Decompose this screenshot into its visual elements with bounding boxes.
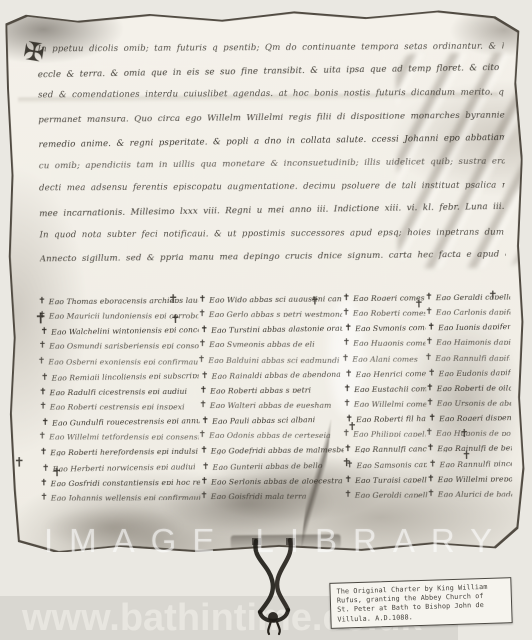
witness-entry: Ego Geroldi capellani: [355, 490, 427, 497]
witness-row: ✝Ego Wido abbas sci augustini cantuarie: [199, 286, 343, 303]
witness-row: ✝Ego Rainaldi abbas de abendona: [201, 361, 344, 379]
witness-cross-icon: ✝: [342, 353, 349, 361]
margin-cross-icon: ✝: [414, 297, 423, 310]
margin-cross-icon: ✝: [347, 420, 356, 433]
witness-entry: Ego Henrici comes: [356, 369, 427, 378]
witness-cross-icon: ✝: [427, 444, 435, 452]
witness-row: ✝Ego Rannulfi dapiferi: [425, 345, 510, 360]
witness-row: ✝Ego Henrici comes: [345, 361, 427, 378]
witness-row: ✝Ego Geroldi capellani: [345, 483, 428, 498]
witness-cross-icon: ✝: [425, 307, 433, 315]
witness-cross-icon: ✝: [427, 489, 435, 497]
witness-row: ✝Ego Gunterii abbas de bello: [202, 452, 344, 470]
witness-cross-icon: ✝: [199, 309, 207, 317]
margin-cross-icon: ✝: [52, 465, 62, 479]
witness-cross-icon: ✝: [344, 445, 352, 453]
witness-row: ✝Ego Radulfi cicestrensis epi audiui: [39, 379, 200, 396]
margin-cross-icon: ✝: [168, 292, 178, 306]
witness-cross-icon: ✝: [199, 339, 207, 347]
witness-entry: Ego Hugonis de porta: [436, 429, 510, 436]
witness-cross-icon: ✝: [344, 475, 352, 483]
witness-entry: Ego Willelmi tetfordensis epi consensi: [49, 433, 199, 440]
witness-row: ✝Ego Osmundi sarisberiensis epi consolid…: [39, 334, 199, 349]
witness-row: ✝Ego Pauli abbas sci albani: [202, 407, 345, 425]
witness-cross-icon: ✝: [38, 356, 45, 364]
witness-row: ✝Ego Haimonis dapiferi: [426, 330, 511, 345]
witness-cross-icon: ✝: [39, 341, 47, 349]
image-library-watermark: IMAGE LIBRARY: [44, 522, 508, 560]
witness-row: ✝Ego Walteri abbas de euesham: [200, 393, 344, 408]
witness-entry: Ego Osmundi sarisberiensis epi consolida…: [49, 342, 199, 349]
witness-row: ✝Ego Turgisi capellani: [344, 467, 427, 483]
margin-cross-icon: ✝: [342, 456, 351, 469]
witness-entry: Ego Eudonis dapiferi: [438, 368, 512, 377]
witness-row: ✝Ego Hugonis comes: [343, 331, 426, 346]
witness-entry: Ego Haimonis dapiferi: [436, 338, 510, 345]
witness-row: ✝Ego Rannulfi cancellarii: [344, 437, 427, 453]
caption-label: The Original Charter by King William Ruf…: [329, 577, 512, 629]
witness-cross-icon: ✝: [426, 337, 434, 345]
witness-cross-icon: ✝: [200, 400, 208, 408]
witness-row: ✝Ego Rogeri dispensatoris: [428, 405, 512, 422]
witness-row: ✝Ego Herberti norwicensis epi audiui: [42, 454, 201, 472]
witness-cross-icon: ✝: [202, 462, 210, 470]
witness-row: ✝Ego Willelmi prepositi: [427, 466, 512, 482]
witness-row: ✝Ego Goisfridi mala terra: [201, 484, 345, 499]
witness-row: ✝Ego Symonis comes: [345, 315, 428, 332]
witness-cross-icon: ✝: [199, 355, 206, 363]
witness-cross-icon: ✝: [425, 352, 432, 360]
witness-entry: Ego Johannis wellensis epi confirmaui: [51, 493, 201, 500]
witness-row: ✝Ego Odonis abbas de certeseia: [199, 423, 343, 438]
margin-cross-icon: ✝: [460, 427, 469, 440]
witness-row: ✝Ego Alurici de bada: [427, 482, 512, 497]
witness-cross-icon: ✝: [39, 402, 47, 410]
witness-row: ✝Ego Samsonis capellani: [346, 452, 427, 469]
margin-cross-icon: ✝: [462, 449, 471, 462]
witness-row: ✝Ego Alani comes: [342, 346, 424, 361]
witness-row: ✝Ego Gosfridi constantiensis epi hoc reg…: [40, 469, 201, 486]
witness-row: ✝Ego Gerlo abbas s petri westmonasterii: [199, 302, 343, 317]
witness-cross-icon: ✝: [344, 399, 352, 407]
margin-cross-icon: ✝: [488, 289, 497, 302]
witness-row: ✝Ego Willelmi tetfordensis epi consensi: [39, 425, 199, 440]
witness-entry: Ego Alurici de bada: [438, 490, 512, 497]
witness-signature-block: ✝Ego Thomas eboracensis archieps laudaui…: [38, 284, 512, 501]
witness-entry: Ego Rannulfi pincerne: [439, 458, 512, 467]
margin-cross-icon: ✝: [34, 309, 47, 327]
witness-cross-icon: ✝: [343, 308, 351, 316]
witness-row: ✝Ego Ursonis de abetot: [426, 391, 511, 406]
witness-row: ✝Ego Carlonis dapiferi: [425, 300, 510, 315]
parchment: ✠ In ppetuu dicolis omib; tam futuris q …: [7, 8, 525, 553]
witness-row: ✝Ego Eustachii comes: [343, 376, 426, 392]
witness-entry: Ego Hugonis comes: [354, 339, 426, 346]
witness-row: ✝Ego Balduini abbas sci eadmundi: [199, 348, 343, 363]
margin-cross-icon: ✝: [14, 456, 25, 471]
witness-row: ✝Ego Johannis wellensis epi confirmaui: [40, 485, 200, 500]
witness-row: ✝Ego Iuonis dapiferi: [427, 314, 512, 331]
charter-text-block: In ppetuu dicolis omib; tam futuris q ps…: [37, 35, 505, 272]
witness-row: ✝Ego Gundulfi rouecestrensis epi annui: [41, 408, 200, 426]
witness-cross-icon: ✝: [345, 369, 353, 377]
witness-column-officers: ✝Ego Geraldi capellani ✝Ego Carlonis dap…: [425, 284, 512, 497]
witness-cross-icon: ✝: [429, 459, 437, 467]
witness-cross-icon: ✝: [200, 446, 208, 454]
witness-cross-icon: ✝: [343, 338, 351, 346]
witness-row: ✝Ego Willelmi comes: [344, 392, 427, 407]
witness-column-abbots: ✝Ego Wido abbas sci augustini cantuarie …: [199, 286, 345, 499]
witness-cross-icon: ✝: [42, 463, 50, 471]
witness-cross-icon: ✝: [40, 448, 48, 456]
witness-cross-icon: ✝: [199, 430, 207, 438]
witness-entry: Ego Philippi capellani: [354, 430, 426, 437]
witness-cross-icon: ✝: [427, 474, 435, 482]
witness-entry: Ego Goisfridi mala terra: [211, 492, 307, 499]
witness-cross-icon: ✝: [39, 432, 47, 440]
witness-column-counts: ✝Ego Rogeri comes ✝Ego Roberti comes ✝Eg…: [342, 285, 427, 498]
margin-cross-icon: ✝: [170, 312, 180, 326]
witness-entry: Ego Gunterii abbas de bello: [213, 461, 323, 470]
witness-cross-icon: ✝: [41, 372, 49, 380]
witness-row: ✝Ego Roberti de oilgi: [426, 375, 511, 391]
witness-row: ✝Ego Symeonis abbas de eli: [199, 332, 343, 347]
witness-cross-icon: ✝: [201, 371, 209, 379]
witness-entry: Ego Samsonis capellani: [357, 459, 427, 468]
witness-row: ✝Ego Roberti herefordensis epi indulsi: [40, 439, 201, 456]
witness-row: ✝Ego Remigii lincoliensis epi subscripsi: [41, 363, 201, 381]
witness-row: ✝Ego Roberti abbas s petri: [199, 377, 343, 394]
witness-row: ✝Ego Roberti cestrensis epi inspexi: [39, 394, 199, 409]
photo-of-charter: ✠ In ppetuu dicolis omib; tam futuris q …: [0, 0, 532, 640]
parchment-edge: ✠ In ppetuu dicolis omib; tam futuris q …: [5, 6, 527, 555]
witness-cross-icon: ✝: [40, 492, 48, 500]
witness-cross-icon: ✝: [201, 491, 209, 499]
witness-row: ✝Ego Roberti comes: [343, 301, 426, 316]
witness-row: ✝Ego Serlonis abbas de gloecestra: [200, 468, 344, 485]
margin-cross-icon: ✝: [310, 294, 319, 307]
witness-row: ✝Ego Roberti fil hamonis: [346, 406, 428, 423]
witness-cross-icon: ✝: [426, 398, 434, 406]
witness-row: ✝Ego Rogeri comes: [342, 285, 425, 301]
witness-row: ✝Ego Eudonis dapiferi: [428, 360, 512, 377]
witness-row: ✝Ego Godefridi abbas de malmesberia: [200, 438, 344, 455]
witness-entry: Ego Odonis abbas de certeseia: [210, 431, 332, 438]
witness-row: ✝Ego Osberni exoniensis epi confirmaui: [38, 349, 198, 364]
witness-cross-icon: ✝: [426, 428, 434, 436]
witness-cross-icon: ✝: [428, 368, 436, 376]
charter-text-line: Annecto sigillum. sed & ppria manu mea d…: [40, 243, 506, 271]
witness-entry: Ego Symeonis abbas de eli: [210, 340, 316, 347]
witness-cross-icon: ✝: [345, 490, 353, 498]
